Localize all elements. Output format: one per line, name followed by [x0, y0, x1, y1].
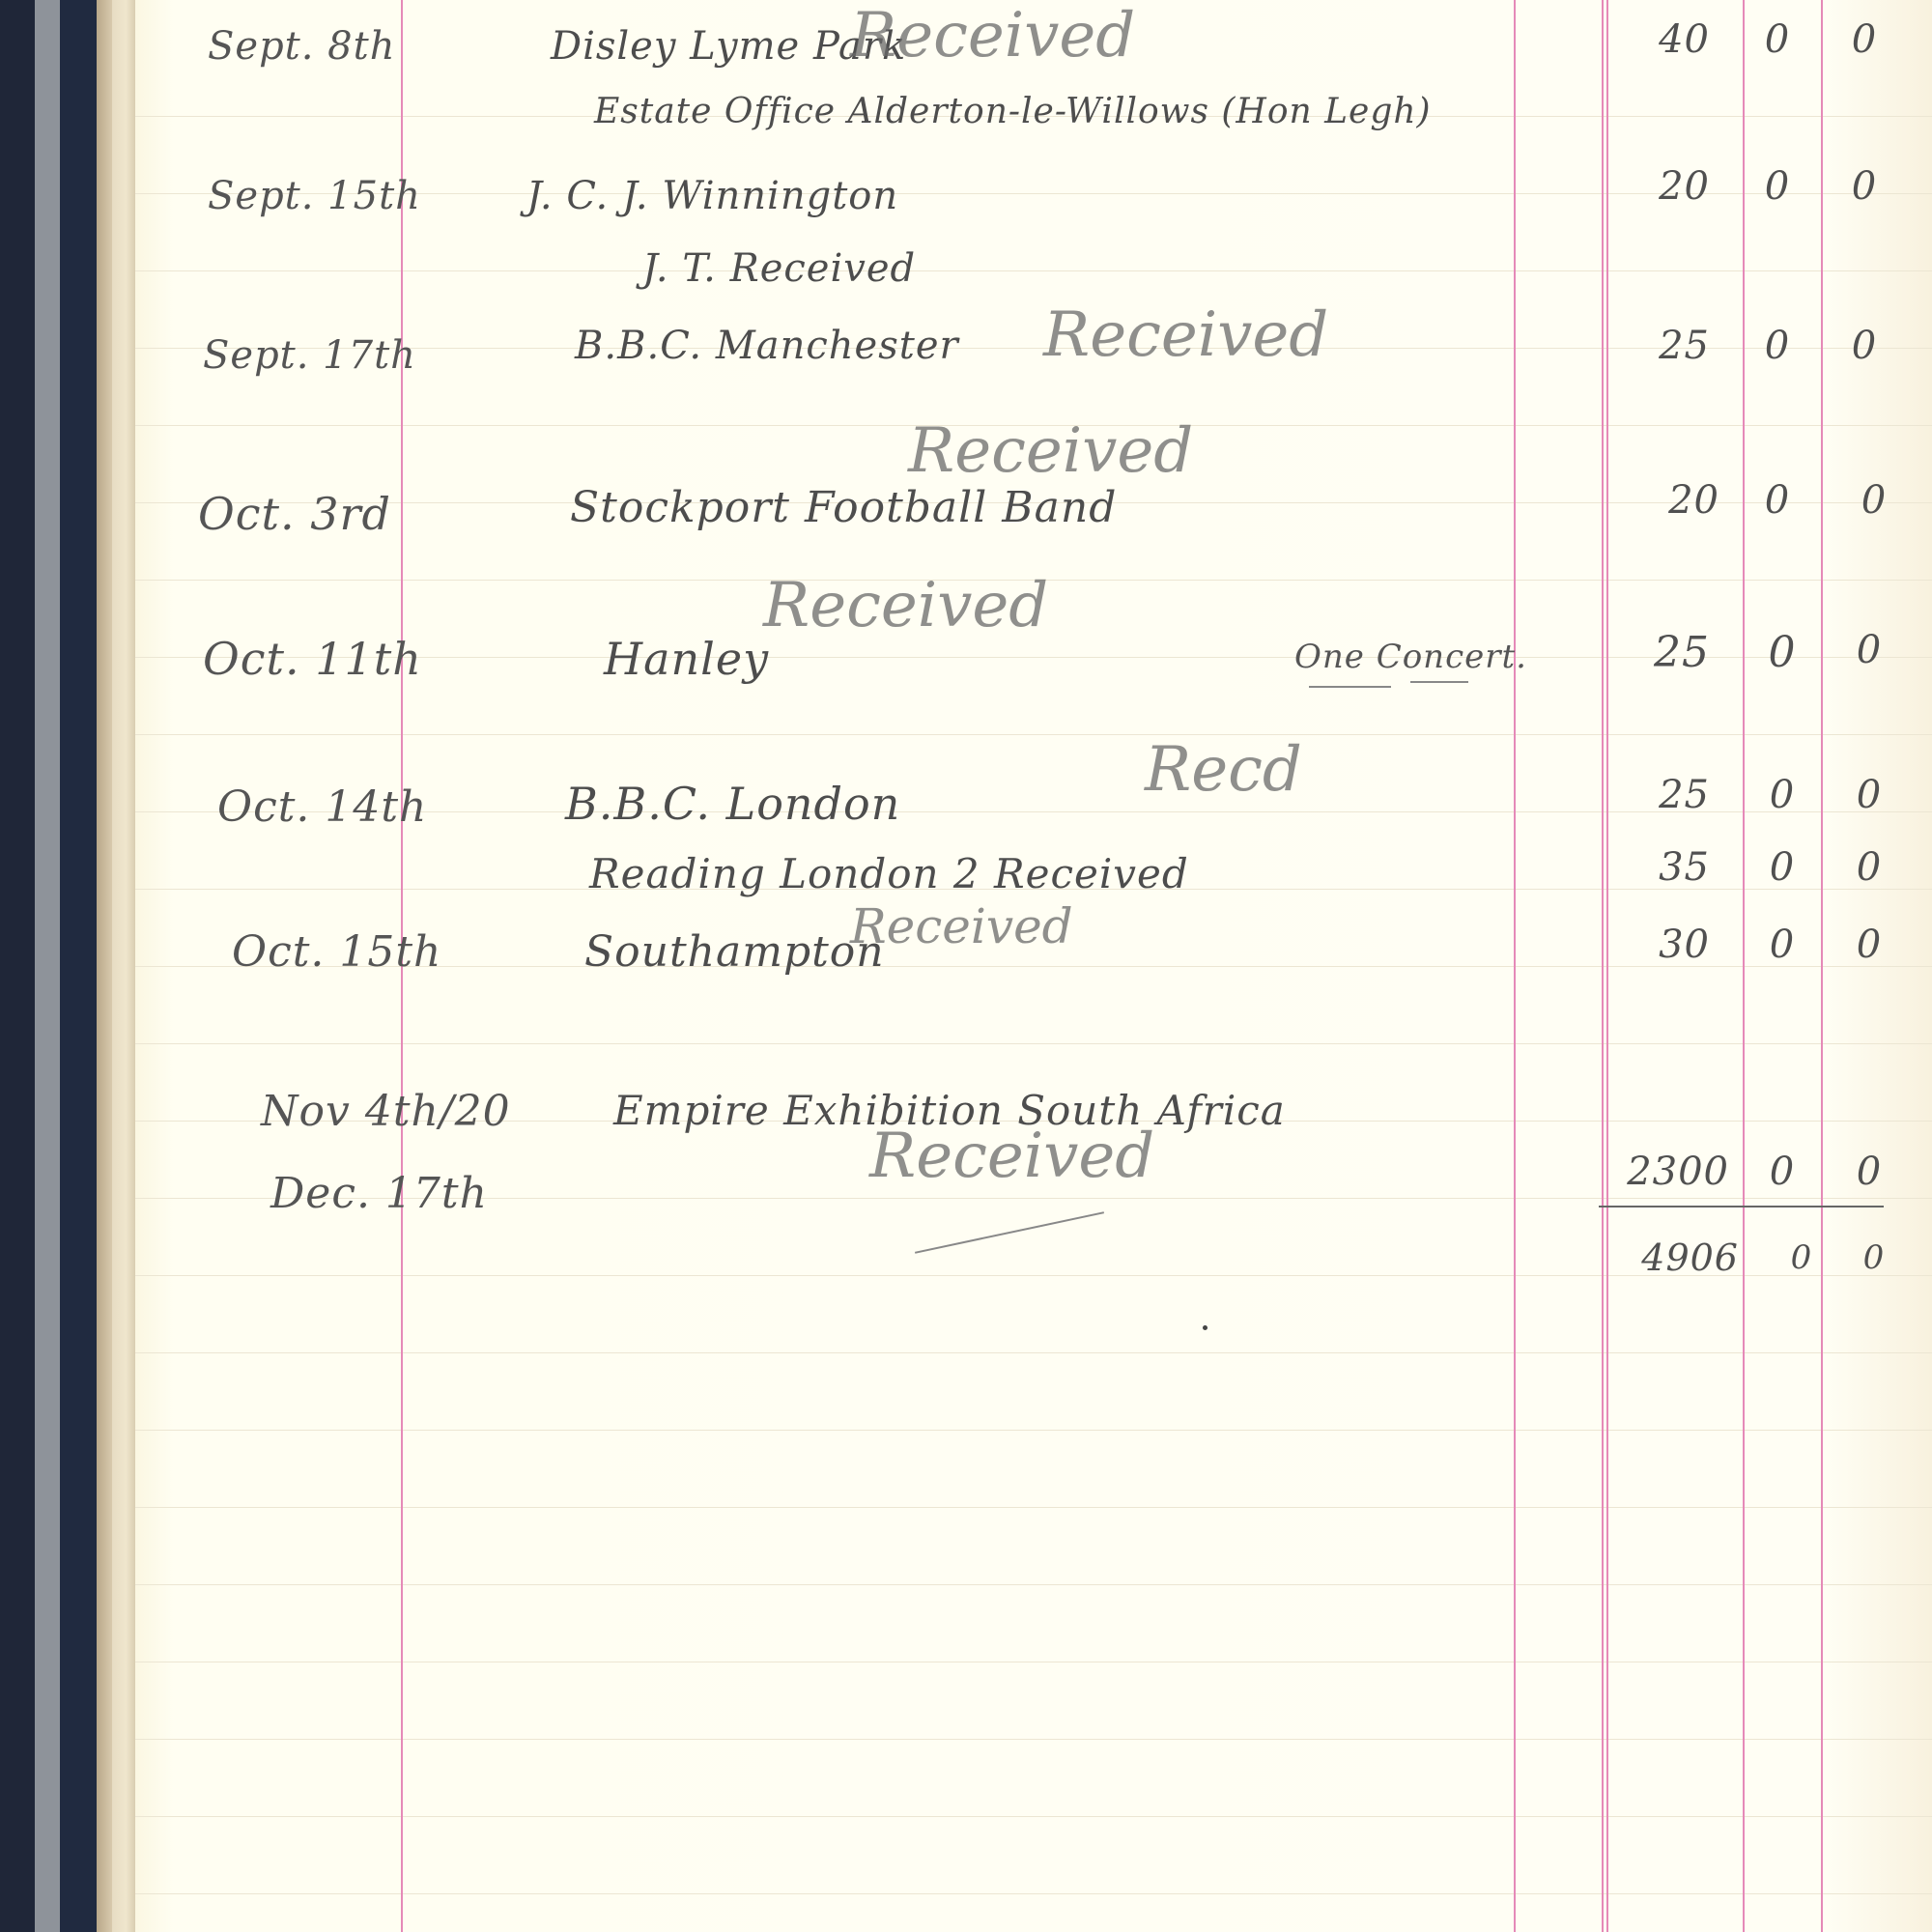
entry-shillings: 0 [1753, 628, 1811, 677]
binding-gap [35, 0, 60, 1932]
binding-cloth [0, 0, 35, 1932]
total-underline [1599, 1206, 1884, 1207]
entry-pounds: 25 [1565, 628, 1710, 677]
ruled-line [135, 1352, 1932, 1353]
ruled-line [135, 734, 1932, 735]
ruled-line [135, 1430, 1932, 1431]
entry-date: Oct. 3rd [198, 488, 391, 540]
entry-pounds: 2300 [1584, 1150, 1729, 1194]
ruled-line [135, 1043, 1932, 1044]
ruled-line [135, 1893, 1932, 1894]
entry-date: Oct. 14th [217, 782, 427, 832]
entry-description: Southampton [584, 927, 885, 977]
received-signature: Received [850, 0, 1135, 71]
entry-date: Sept. 8th [208, 24, 395, 69]
book-binding [0, 0, 135, 1932]
entry-pence: 0 [1845, 478, 1903, 523]
entry-shillings: 0 [1753, 923, 1811, 967]
entry-pence: 0 [1840, 923, 1898, 967]
entry-date: Oct. 11th [203, 633, 422, 685]
ruled-line [135, 1507, 1932, 1508]
page-edges [97, 0, 112, 1932]
binding-cloth [60, 0, 97, 1932]
entry-description: J. T. Received [642, 246, 916, 291]
entry-description: B.B.C. Manchester [575, 324, 959, 368]
ruled-line [135, 1816, 1932, 1817]
entry-pence: 0 [1835, 17, 1893, 62]
received-signature: Received [850, 898, 1073, 954]
received-signature: Received [869, 1121, 1154, 1192]
entry-pence: 0 [1835, 164, 1893, 209]
received-signature: Recd [1145, 734, 1302, 806]
entry-date: Sept. 15th [208, 174, 421, 218]
ruled-line [135, 1739, 1932, 1740]
ruled-line [135, 270, 1932, 271]
pence-column-rule [1821, 0, 1823, 1932]
entry-date: Oct. 15th [232, 927, 441, 977]
note-underline [1410, 681, 1468, 683]
entry-note: One Concert. [1294, 638, 1527, 676]
entry-description: Reading London 2 Received [589, 850, 1189, 897]
entry-description: Stockport Football Band [570, 483, 1117, 532]
entry-shillings: 0 [1748, 324, 1806, 368]
entry-shillings: 0 [1753, 845, 1811, 890]
entry-description: B.B.C. London [565, 778, 900, 830]
note-underline [1309, 686, 1391, 688]
entry-description: Estate Office Alderton-le-Willows (Hon L… [594, 92, 1432, 131]
description-column-rule [1514, 0, 1516, 1932]
entry-pounds: 40 [1565, 17, 1710, 62]
entry-pence: 0 [1840, 1150, 1898, 1194]
entry-pounds: 20 [1565, 164, 1710, 209]
entry-date: Sept. 17th [203, 333, 416, 378]
entry-pounds: 25 [1565, 324, 1710, 368]
received-signature: Received [1043, 299, 1328, 371]
entry-pounds: 25 [1565, 773, 1710, 817]
ruled-line [135, 1584, 1932, 1585]
shillings-column-rule [1743, 0, 1745, 1932]
entry-shillings: 0 [1748, 164, 1806, 209]
received-signature: Received [908, 415, 1193, 487]
entry-shillings: 0 [1753, 1150, 1811, 1194]
ink-dot [1203, 1325, 1207, 1330]
entry-pounds: 20 [1575, 478, 1719, 523]
total-pence: 0 [1845, 1238, 1903, 1277]
entry-date: Nov 4th/20 [261, 1087, 511, 1136]
entry-description: J. C. J. Winnington [526, 174, 898, 218]
ruled-line [135, 1662, 1932, 1662]
received-signature: Received [763, 570, 1048, 641]
entry-pounds: 30 [1565, 923, 1710, 967]
entry-pence: 0 [1840, 845, 1898, 890]
entry-pence: 0 [1840, 628, 1898, 672]
page-edges [112, 0, 135, 1932]
entry-pence: 0 [1840, 773, 1898, 817]
entry-shillings: 0 [1748, 478, 1806, 523]
total-pounds: 4906 [1594, 1236, 1739, 1279]
entry-date: Dec. 17th [270, 1169, 488, 1218]
entry-pence: 0 [1835, 324, 1893, 368]
entry-pounds: 35 [1565, 845, 1710, 890]
total-shillings: 0 [1773, 1238, 1831, 1277]
entry-description: Hanley [604, 633, 769, 685]
entry-shillings: 0 [1753, 773, 1811, 817]
entry-shillings: 0 [1748, 17, 1806, 62]
